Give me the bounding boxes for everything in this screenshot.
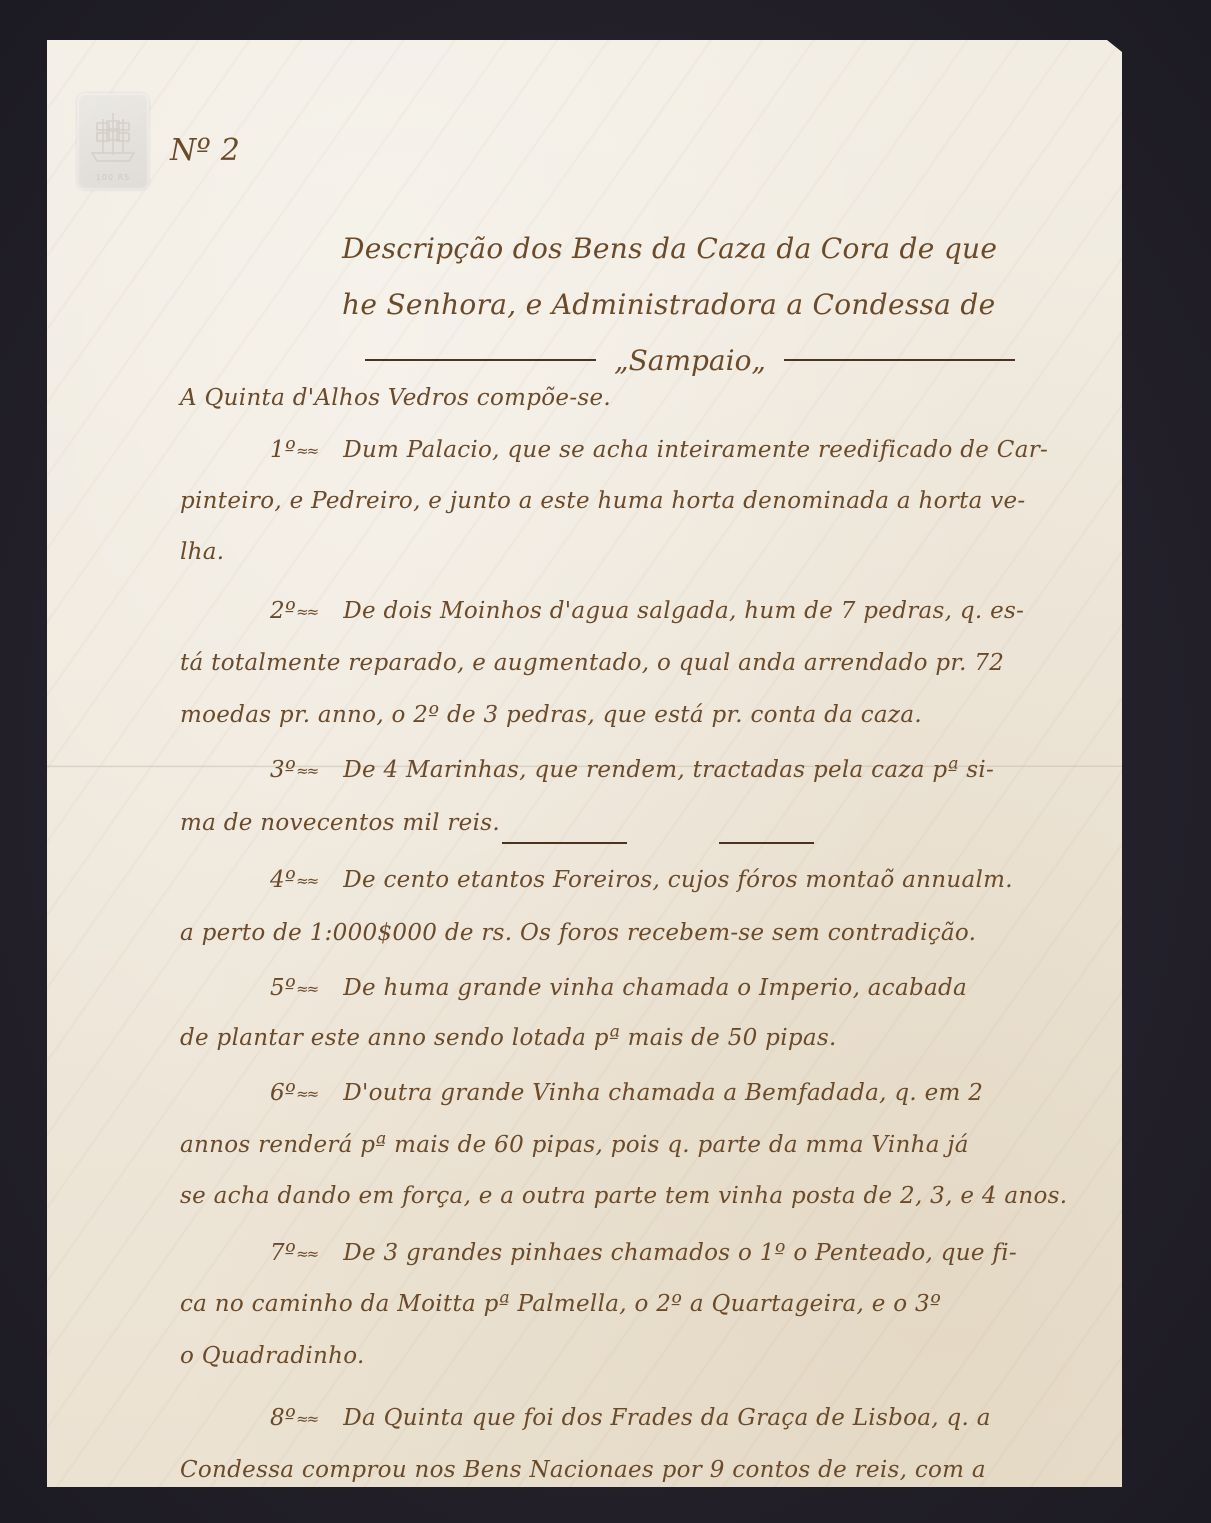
intro-line: A Quinta d'Alhos Vedros compõe-se. xyxy=(180,385,611,411)
item-3-line-2: ma de novecentos mil reis. xyxy=(180,810,500,836)
item-8-line-2: Condessa comprou nos Bens Nacionaes por … xyxy=(180,1457,986,1483)
item-number: 6º≈≈ xyxy=(270,1080,317,1106)
item-1-line-2: pinteiro, e Pedreiro, e junto a este hum… xyxy=(180,488,1026,514)
item-1-line-1: 1º≈≈Dum Palacio, que se acha inteirament… xyxy=(270,437,1048,463)
title-line-2: he Senhora, e Administradora a Condessa … xyxy=(342,288,995,321)
manuscript-page: 100 RS Nº 2 Descripção dos Bens da Caza … xyxy=(47,40,1165,1487)
document-number: Nº 2 xyxy=(170,133,240,168)
item-7-line-3: o Quadradinho. xyxy=(180,1343,365,1369)
item-8-line-1: 8º≈≈Da Quinta que foi dos Frades da Graç… xyxy=(270,1405,991,1431)
item-1-line-3: lha. xyxy=(180,539,224,565)
item-4-line-1: 4º≈≈De cento etantos Foreiros, cujos fór… xyxy=(270,867,1013,893)
stamp-value: 100 RS xyxy=(77,173,149,182)
item-number: 5º≈≈ xyxy=(270,975,317,1001)
item-number: 3º≈≈ xyxy=(270,757,317,783)
item-3-rule-2 xyxy=(719,842,814,844)
item-number: 4º≈≈ xyxy=(270,867,317,893)
item-number: 1º≈≈ xyxy=(270,437,317,463)
item-2-line-2: tá totalmente reparado, e augmentado, o … xyxy=(180,650,1004,676)
countess-name: „Sampaio„ xyxy=(614,344,766,377)
item-number: 8º≈≈ xyxy=(270,1405,317,1431)
title-rule-right xyxy=(784,359,1015,361)
item-3-line-1: 3º≈≈De 4 Marinhas, que rendem, tractadas… xyxy=(270,757,994,783)
item-5-line-2: de plantar este anno sendo lotada pª mai… xyxy=(180,1025,837,1051)
item-number: 7º≈≈ xyxy=(270,1240,317,1266)
item-3-rule-1 xyxy=(502,842,627,844)
item-7-line-2: ca no caminho da Moitta pª Palmella, o 2… xyxy=(180,1291,941,1317)
title-line-1: Descripção dos Bens da Caza da Cora de q… xyxy=(342,232,997,265)
title-rule-left xyxy=(365,359,596,361)
item-2-line-3: moedas pr. anno, o 2º de 3 pedras, que e… xyxy=(180,702,922,728)
item-6-line-2: annos renderá pª mais de 60 pipas, pois … xyxy=(180,1132,969,1158)
item-4-line-2: a perto de 1:000$000 de rs. Os foros rec… xyxy=(180,920,976,946)
item-2-line-1: 2º≈≈De dois Moinhos d'agua salgada, hum … xyxy=(270,598,1024,624)
embossed-tax-stamp: 100 RS xyxy=(77,93,149,190)
item-6-line-3: se acha dando em força, e a outra parte … xyxy=(180,1183,1067,1209)
item-5-line-1: 5º≈≈De huma grande vinha chamada o Imper… xyxy=(270,975,967,1001)
ship-icon xyxy=(89,109,137,165)
item-7-line-1: 7º≈≈De 3 grandes pinhaes chamados o 1º o… xyxy=(270,1240,1017,1266)
item-number: 2º≈≈ xyxy=(270,598,317,624)
item-6-line-1: 6º≈≈D'outra grande Vinha chamada a Bemfa… xyxy=(270,1080,983,1106)
title-line-3: „Sampaio„ xyxy=(365,340,1015,380)
